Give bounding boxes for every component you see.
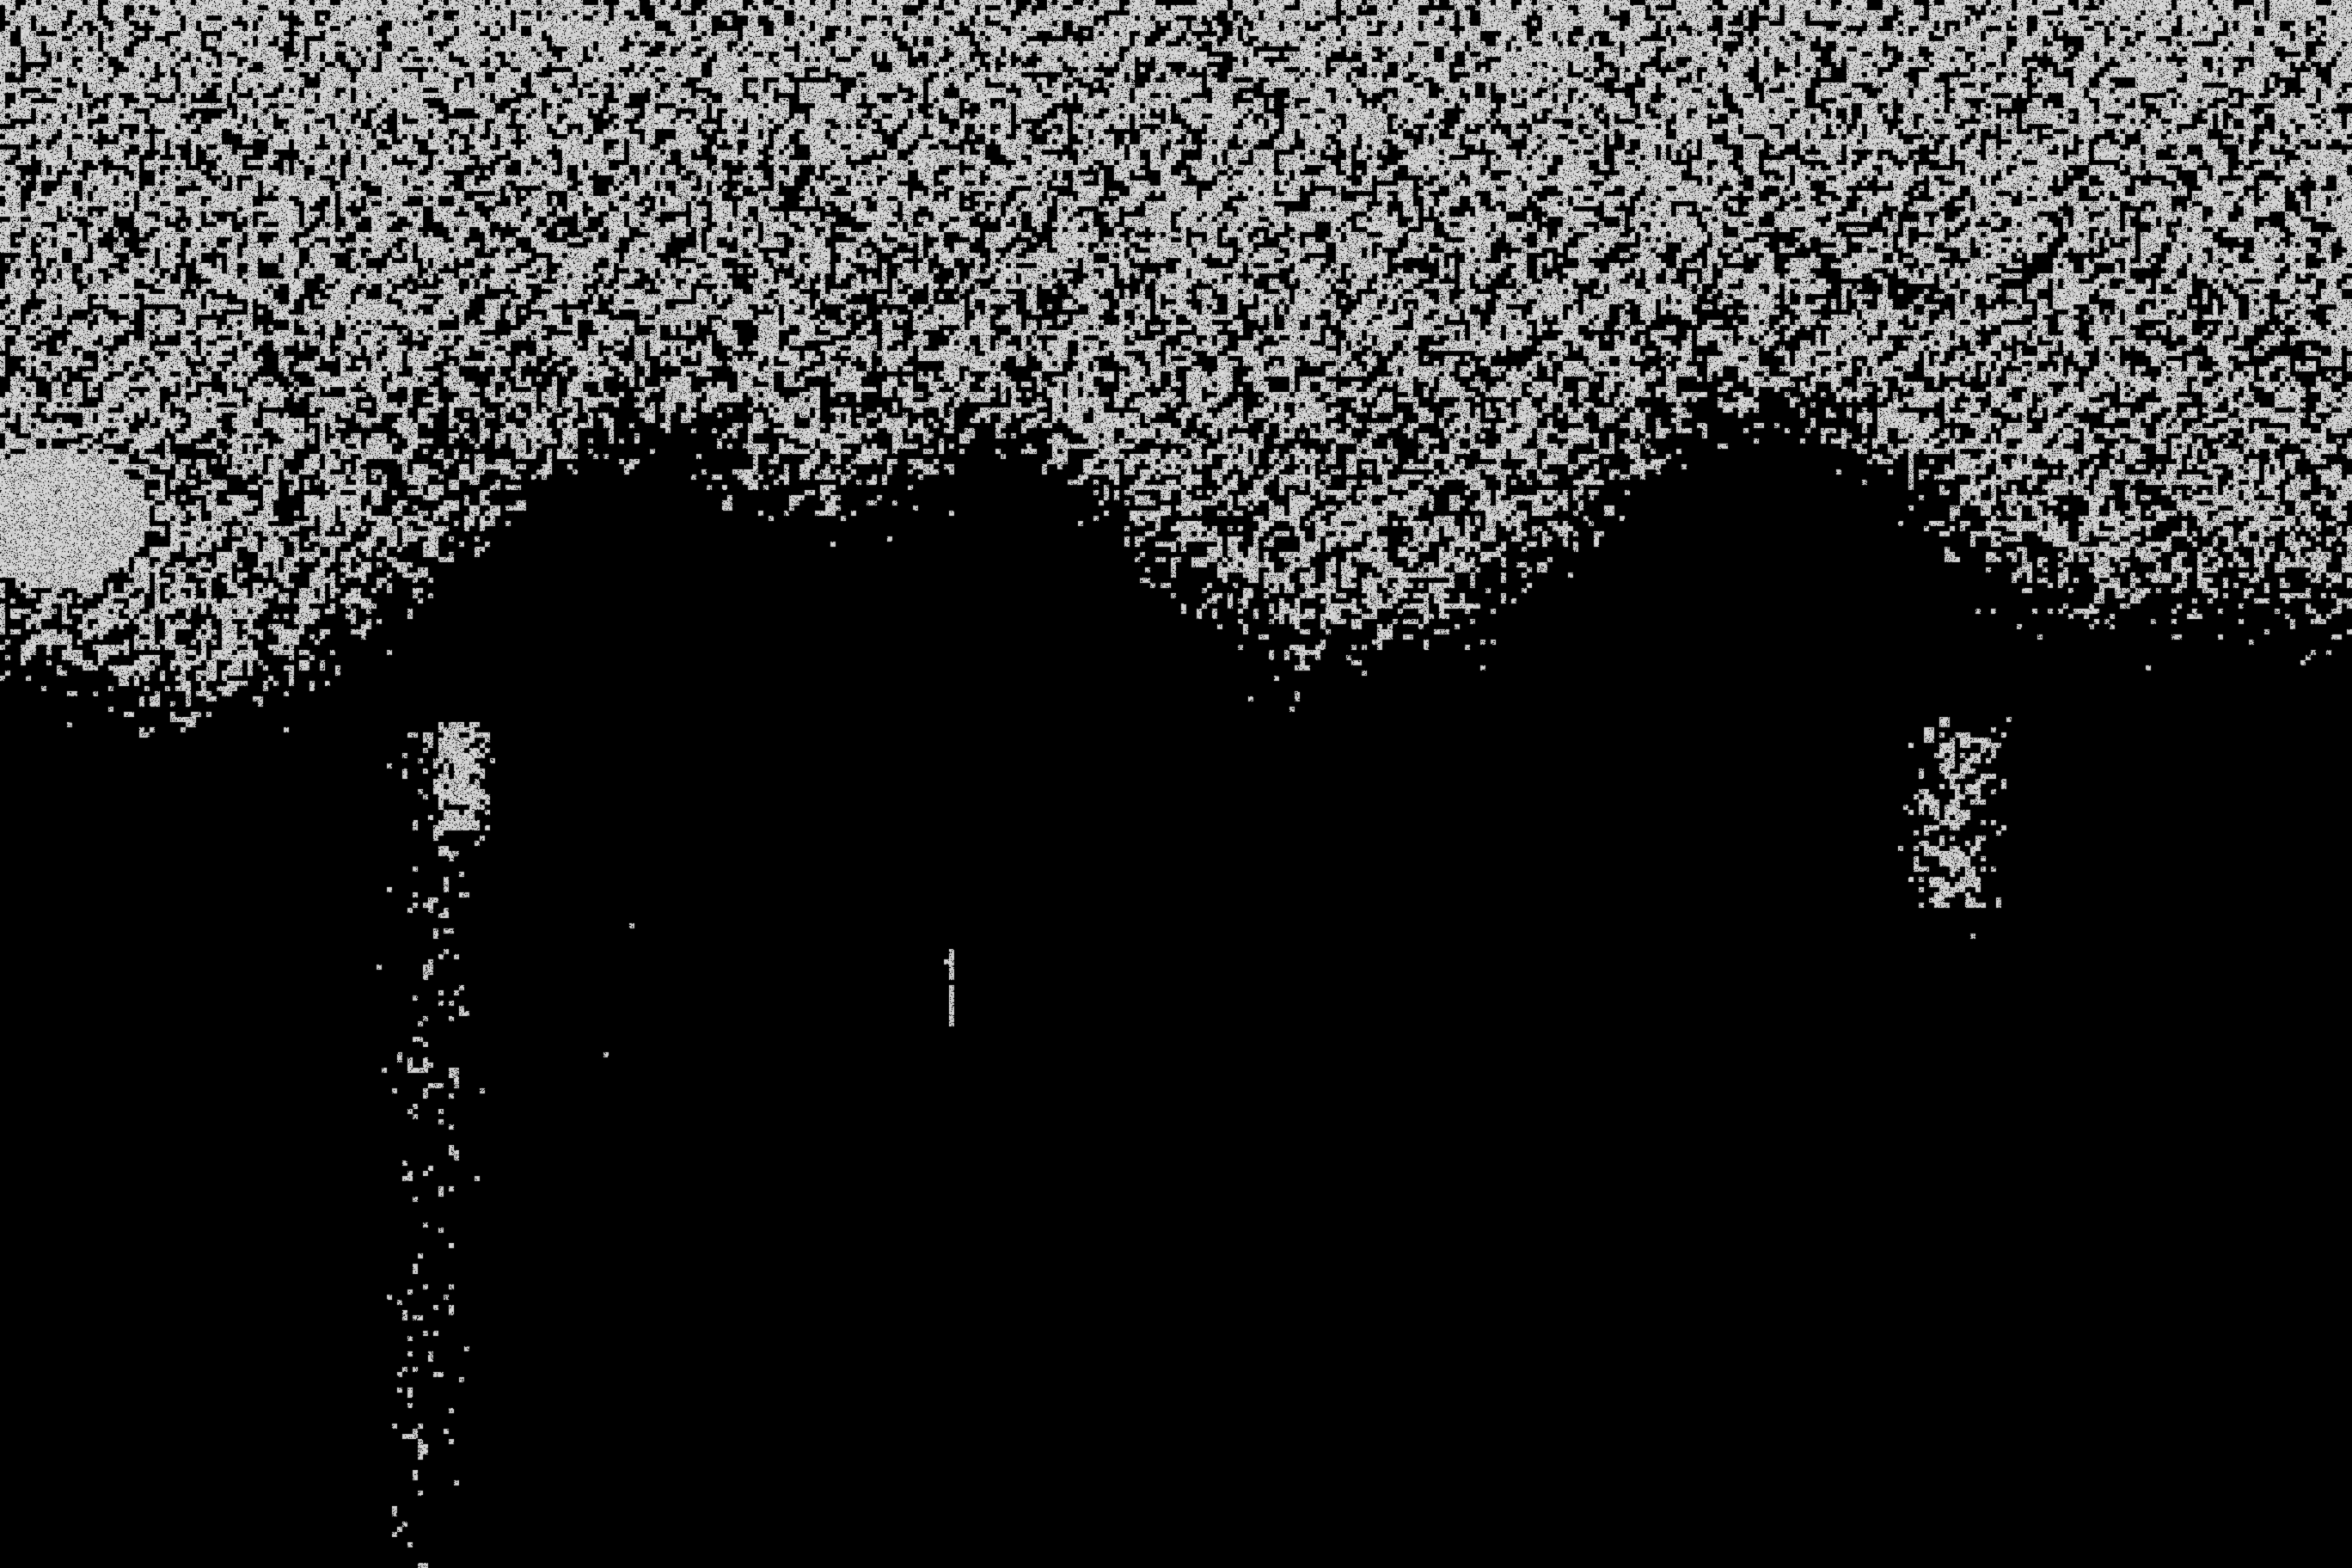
grunge-texture-image bbox=[0, 0, 2352, 1568]
